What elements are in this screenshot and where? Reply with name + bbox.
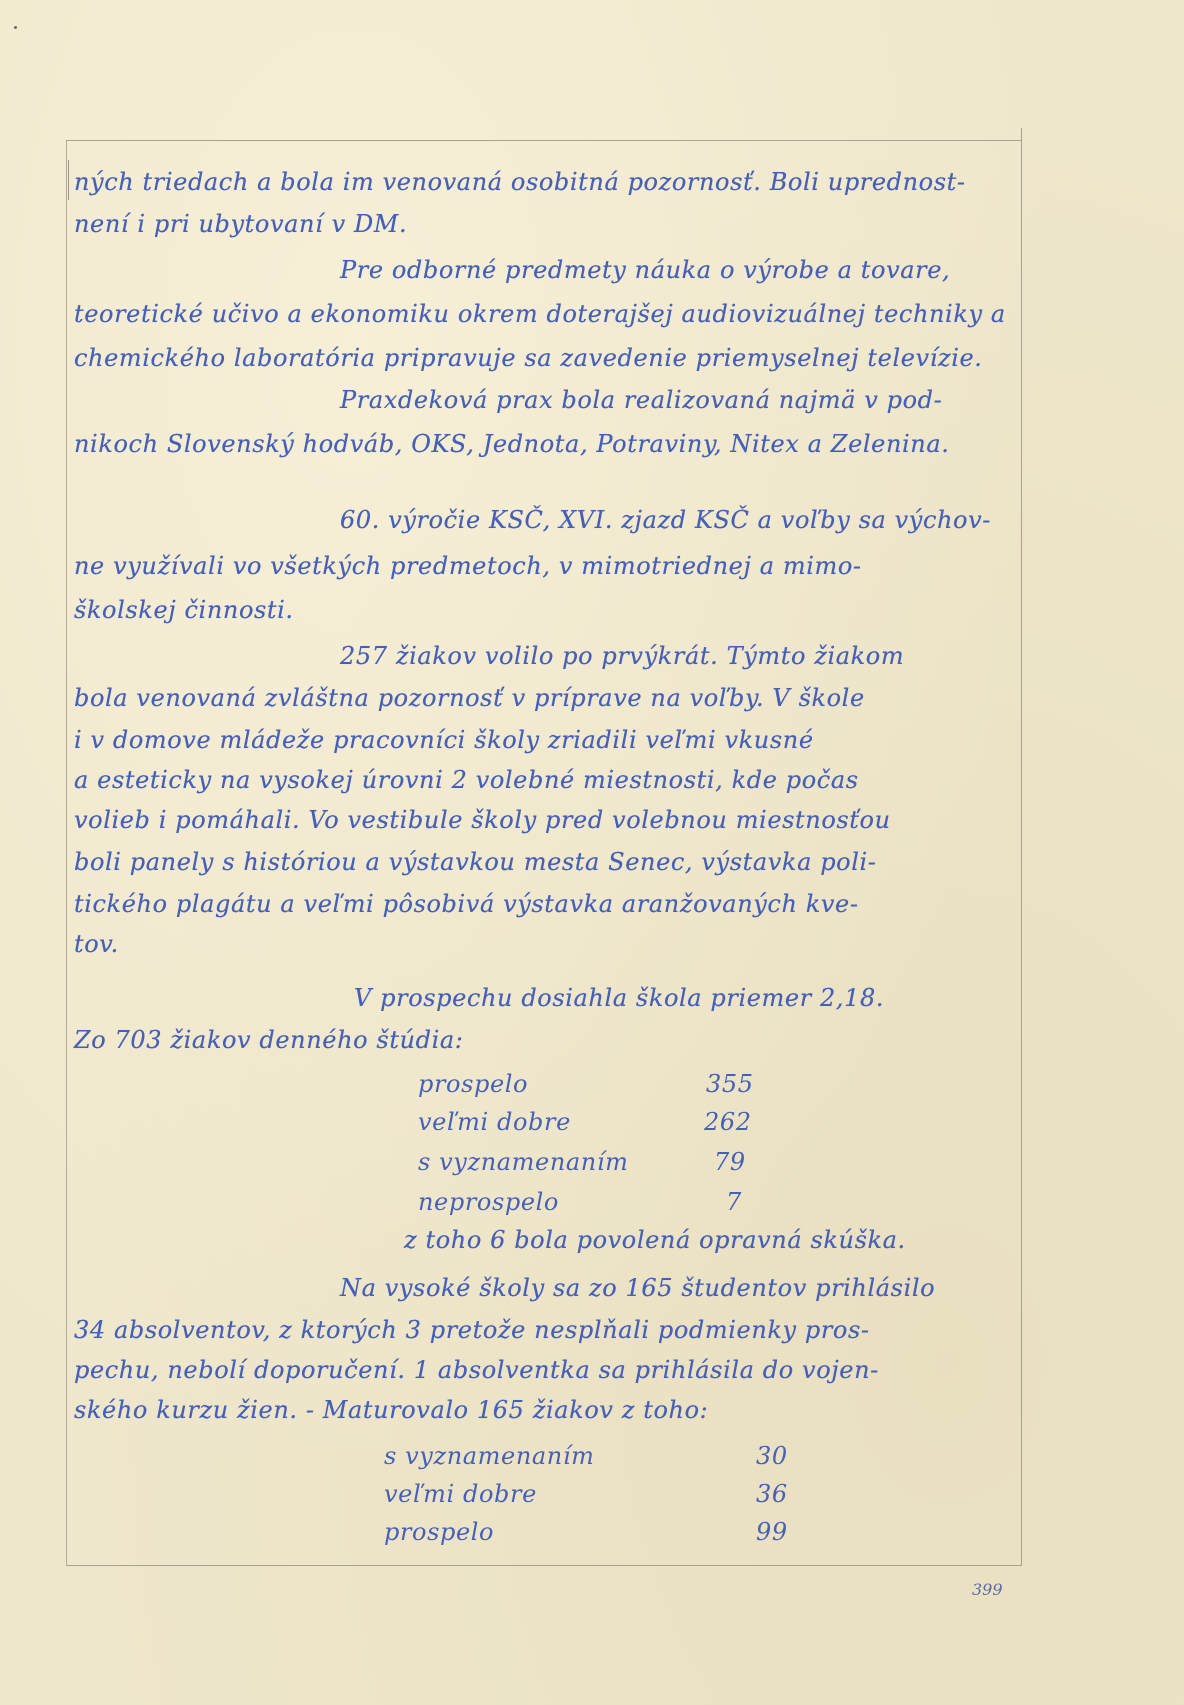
paragraph-start: Pre odborné predmety náuka o výrobe a to… (340, 256, 950, 284)
text-line: chemického laboratória pripravuje sa zav… (74, 344, 983, 372)
paper-speck (14, 26, 17, 29)
text-line: tov. (74, 930, 119, 958)
text-line: volieb i pomáhali. Vo vestibule školy pr… (74, 806, 891, 834)
page-number: 399 (972, 1580, 1003, 1599)
paragraph-start: Na vysoké školy sa zo 165 študentov prih… (340, 1274, 935, 1302)
paragraph-start: 60. výročie KSČ, XVI. zjazd KSČ a voľby … (340, 506, 991, 534)
results-label: neprospelo (418, 1188, 559, 1216)
text-line: pechu, nebolí doporučení. 1 absolventka … (74, 1356, 879, 1384)
text-line: 34 absolventov, z ktorých 3 pretože nesp… (74, 1316, 870, 1344)
results-value: 7 (726, 1188, 742, 1216)
results-label: s vyznamenaním (418, 1148, 629, 1176)
text-line: nikoch Slovenský hodváb, OKS, Jednota, P… (74, 430, 949, 458)
maturity-value: 99 (756, 1518, 788, 1546)
text-line: ných triedach a bola im venovaná osobitn… (74, 168, 966, 196)
margin-mark (68, 160, 69, 200)
text-line: bola venovaná zvláštna pozornosť v prípr… (74, 684, 865, 712)
results-note: z toho 6 bola povolená opravná skúška. (404, 1226, 906, 1254)
results-label: prospelo (418, 1070, 528, 1098)
results-value: 262 (704, 1108, 752, 1136)
results-label: veľmi dobre (418, 1108, 571, 1136)
text-line: boli panely s históriou a výstavkou mest… (74, 848, 876, 876)
results-value: 355 (706, 1070, 754, 1098)
paragraph-start: Praxdeková prax bola realizovaná najmä v… (340, 386, 942, 414)
paragraph-start: V prospechu dosiahla škola priemer 2,18. (354, 984, 884, 1012)
text-line: tického plagátu a veľmi pôsobivá výstavk… (74, 890, 859, 918)
text-line: a esteticky na vysokej úrovni 2 volebné … (74, 766, 859, 794)
paragraph-start: 257 žiakov volilo po prvýkrát. Týmto žia… (340, 642, 904, 670)
maturity-label: s vyznamenaním (384, 1442, 595, 1470)
text-line: ne využívali vo všetkých predmetoch, v m… (74, 552, 862, 580)
maturity-value: 36 (756, 1480, 788, 1508)
text-line: ského kurzu žien. - Maturovalo 165 žiako… (74, 1396, 708, 1424)
text-line: teoretické učivo a ekonomiku okrem doter… (74, 300, 1006, 328)
text-line: školskej činnosti. (74, 596, 294, 624)
text-line: i v domove mládeže pracovníci školy zria… (74, 726, 814, 754)
text-line: Zo 703 žiakov denného štúdia: (74, 1026, 463, 1054)
maturity-label: veľmi dobre (384, 1480, 537, 1508)
maturity-value: 30 (756, 1442, 788, 1470)
results-value: 79 (714, 1148, 746, 1176)
maturity-label: prospelo (384, 1518, 494, 1546)
text-line: není i pri ubytovaní v DM. (74, 210, 407, 238)
frame-corner-mark (1021, 128, 1022, 142)
